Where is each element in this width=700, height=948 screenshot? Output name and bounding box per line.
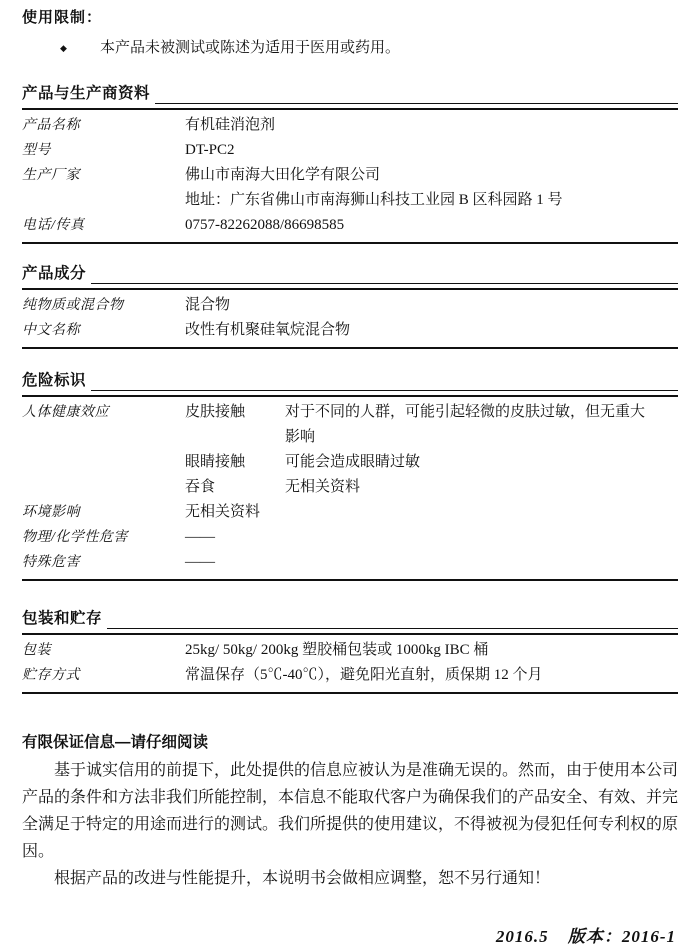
section-title-hazard: 危险标识 [22,371,86,391]
row-sublabel: 眼睛接触 [185,450,285,475]
section-title-packaging: 包装和贮存 [22,609,102,629]
table-row: 生产厂家 佛山市南海大田化学有限公司 [22,163,678,188]
packaging-table: 包装 25kg/ 50kg/ 200kg 塑胶桶包装或 1000kg IBC 桶… [22,635,678,694]
warranty-paragraph-2: 根据产品的改进与性能提升，本说明书会做相应调整，恕不另行通知！ [22,865,678,892]
row-sublabel: —— [185,525,285,550]
row-value: 常温保存（5℃-40℃），避免阳光直射，质保期 12 个月 [185,663,678,688]
warranty-paragraph-1: 基于诚实信用的前提下，此处提供的信息应被认为是准确无误的。然而，由于使用本公司产… [22,757,678,865]
row-label: 人体健康效应 [22,400,185,450]
row-label: 纯物质或混合物 [22,293,185,318]
row-value: 无相关资料 [285,475,653,500]
row-value [285,550,653,575]
table-row: 眼睛接触 可能会造成眼睛过敏 [22,450,678,475]
row-value: 佛山市南海大田化学有限公司 [185,163,678,188]
row-label: 中文名称 [22,318,185,343]
section-hazard: 危险标识 人体健康效应 皮肤接触 对于不同的人群，可能引起轻微的皮肤过敏，但无重… [22,371,678,581]
diamond-bullet-icon: ◆ [60,38,74,59]
document-page: 使用限制： ◆ 本产品未被测试或陈述为适用于医用或药用。 产品与生产商资料 产品… [0,0,700,948]
table-row: 包装 25kg/ 50kg/ 200kg 塑胶桶包装或 1000kg IBC 桶 [22,638,678,663]
document-footer: 2016.5 版本：2016-1 [22,922,678,947]
row-value: 25kg/ 50kg/ 200kg 塑胶桶包装或 1000kg IBC 桶 [185,638,678,663]
table-row: 特殊危害 —— [22,550,678,575]
row-sublabel: —— [185,550,285,575]
product-info-table: 产品名称 有机硅消泡剂 型号 DT-PC2 生产厂家 佛山市南海大田化学有限公司… [22,110,678,244]
row-sublabel: 吞食 [185,475,285,500]
section-product-info: 产品与生产商资料 产品名称 有机硅消泡剂 型号 DT-PC2 生产厂家 佛山市南… [22,84,678,244]
header-rule [155,87,678,104]
table-row: 环境影响 无相关资料 [22,500,678,525]
row-value: 对于不同的人群，可能引起轻微的皮肤过敏，但无重大影响 [285,400,653,450]
section-title-composition: 产品成分 [22,264,86,284]
row-value: DT-PC2 [185,138,678,163]
section-header: 产品成分 [22,264,678,284]
row-label [22,475,185,500]
row-sublabel: 无相关资料 [185,500,285,525]
table-row: 地址：广东省佛山市南海狮山科技工业园 B 区科园路 1 号 [22,188,678,213]
row-sublabel: 皮肤接触 [185,400,285,450]
section-header: 危险标识 [22,371,678,391]
table-row: 吞食 无相关资料 [22,475,678,500]
section-header: 包装和贮存 [22,609,678,629]
row-value: 改性有机聚硅氧烷混合物 [185,318,678,343]
section-composition: 产品成分 纯物质或混合物 混合物 中文名称 改性有机聚硅氧烷混合物 [22,264,678,349]
hazard-table: 人体健康效应 皮肤接触 对于不同的人群，可能引起轻微的皮肤过敏，但无重大影响 眼… [22,397,678,581]
row-label: 生产厂家 [22,163,185,188]
row-value [285,500,653,525]
warranty-title: 有限保证信息—请仔细阅读 [22,732,678,754]
row-label: 特殊危害 [22,550,185,575]
header-rule [91,374,678,391]
composition-table: 纯物质或混合物 混合物 中文名称 改性有机聚硅氧烷混合物 [22,290,678,349]
table-row: 电话/传真 0757-82262088/86698585 [22,213,678,238]
table-row: 人体健康效应 皮肤接触 对于不同的人群，可能引起轻微的皮肤过敏，但无重大影响 [22,400,678,450]
row-value [285,525,653,550]
row-label [22,450,185,475]
row-label [22,188,185,213]
footer-version: 版本：2016-1 [568,922,676,947]
usage-restriction-title: 使用限制： [22,8,678,28]
row-label: 型号 [22,138,185,163]
row-value: 可能会造成眼睛过敏 [285,450,653,475]
row-label: 产品名称 [22,113,185,138]
row-label: 贮存方式 [22,663,185,688]
usage-restriction-item-row: ◆ 本产品未被测试或陈述为适用于医用或药用。 [22,38,678,59]
section-header: 产品与生产商资料 [22,84,678,104]
row-label: 环境影响 [22,500,185,525]
row-value: 有机硅消泡剂 [185,113,678,138]
section-packaging: 包装和贮存 包装 25kg/ 50kg/ 200kg 塑胶桶包装或 1000kg… [22,609,678,694]
row-value: 地址：广东省佛山市南海狮山科技工业园 B 区科园路 1 号 [185,188,678,213]
row-label: 物理/化学性危害 [22,525,185,550]
header-rule [107,612,678,629]
table-row: 中文名称 改性有机聚硅氧烷混合物 [22,318,678,343]
row-value: 混合物 [185,293,678,318]
header-rule [91,267,678,284]
footer-date: 2016.5 [496,927,549,947]
row-label: 包装 [22,638,185,663]
table-row: 型号 DT-PC2 [22,138,678,163]
section-warranty: 有限保证信息—请仔细阅读 基于诚实信用的前提下，此处提供的信息应被认为是准确无误… [22,732,678,892]
section-title-product-info: 产品与生产商资料 [22,84,150,104]
table-row: 物理/化学性危害 —— [22,525,678,550]
row-value: 0757-82262088/86698585 [185,213,678,238]
table-row: 纯物质或混合物 混合物 [22,293,678,318]
table-row: 贮存方式 常温保存（5℃-40℃），避免阳光直射，质保期 12 个月 [22,663,678,688]
usage-restriction-item: 本产品未被测试或陈述为适用于医用或药用。 [100,38,400,59]
row-label: 电话/传真 [22,213,185,238]
table-row: 产品名称 有机硅消泡剂 [22,113,678,138]
